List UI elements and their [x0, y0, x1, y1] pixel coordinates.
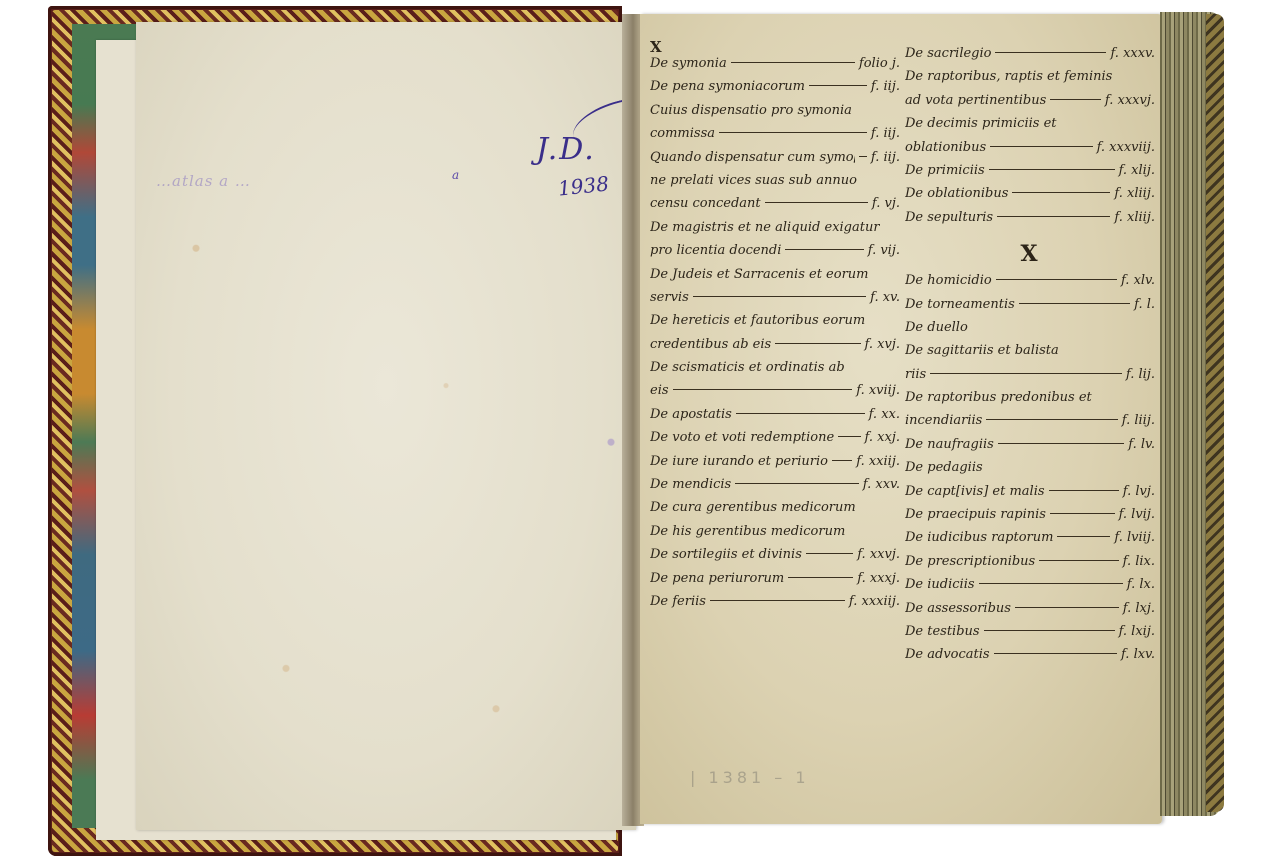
leader-line [930, 373, 1122, 374]
entry-title: De torneamentis [905, 297, 1015, 312]
index-entry: credentibus ab eis f. xvj. [650, 337, 900, 360]
entry-title: De oblationibus [905, 186, 1008, 201]
index-entry: De iudicibus raptorum f. lviij. [905, 530, 1155, 553]
index-entry: De sortilegiis et divinis f. xxvj. [650, 547, 900, 570]
back-board-edge [1206, 14, 1224, 812]
index-entry: De naufragiis f. lv. [905, 437, 1155, 460]
index-entries: De homicidio f. xlv. De torneamentis f. … [905, 273, 1155, 671]
left-flyleaf-page: …atlas a … a J.D. 1938 [136, 22, 636, 830]
entry-title: pro licentia docendi [650, 243, 781, 258]
index-entry: De testibus f. lxij. [905, 624, 1155, 647]
leader-line [996, 279, 1117, 280]
entry-title: De symonia [650, 56, 727, 71]
leader-line [785, 249, 863, 250]
index-entry: De praecipuis rapinis f. lvij. [905, 507, 1155, 530]
entry-title: De assessoribus [905, 601, 1011, 616]
folio-reference: f. lv. [1128, 437, 1155, 452]
leader-line [990, 146, 1092, 147]
entry-title: De hereticis et fautoribus eorum [650, 313, 865, 328]
index-entry: De scismaticis et ordinatis ab [650, 360, 900, 383]
entry-title: De voto et voti redemptione [650, 430, 834, 445]
entry-title: De apostatis [650, 407, 732, 422]
index-entry: Quando dispensatur cum symo[niaco] f. ii… [650, 150, 900, 173]
entry-title: eis [650, 383, 669, 398]
index-entry: De pedagiis [905, 460, 1155, 483]
leader-line [986, 419, 1117, 420]
folio-reference: f. xv. [870, 290, 900, 305]
index-entry: De feriis f. xxxiij. [650, 594, 900, 617]
folio-reference: folio j. [859, 56, 900, 71]
index-entry: De oblationibus f. xliij. [905, 186, 1155, 209]
index-entry: De voto et voti redemptione f. xxj. [650, 430, 900, 453]
entry-title: De pena symoniacorum [650, 79, 805, 94]
entry-title: oblationibus [905, 140, 986, 155]
index-entry: De advocatis f. lxv. [905, 647, 1155, 670]
leader-line [736, 413, 865, 414]
entry-title: servis [650, 290, 689, 305]
folio-reference: f. liij. [1122, 413, 1155, 428]
folio-reference: f. lviij. [1114, 530, 1155, 545]
index-entry: De decimis primiciis et [905, 116, 1155, 139]
folio-reference: f. xx. [869, 407, 900, 422]
folio-reference: f. xlv. [1121, 273, 1155, 288]
leader-line [788, 577, 853, 578]
index-entry: De symonia folio j. [650, 56, 900, 79]
leader-line [838, 436, 860, 437]
folio-reference: f. lxij. [1119, 624, 1155, 639]
entry-title: De raptoribus predonibus et [905, 390, 1092, 405]
entry-title: De raptoribus, raptis et feminis [905, 69, 1112, 84]
folio-reference: f. iij. [871, 150, 900, 165]
index-entry: De iure iurando et periurio f. xxiij. [650, 454, 900, 477]
leader-line [1057, 536, 1110, 537]
entry-title: commissa [650, 126, 715, 141]
index-entry: De pena symoniacorum f. iij. [650, 79, 900, 102]
entry-title: De iudiciis [905, 577, 975, 592]
entry-title: De iure iurando et periurio [650, 454, 828, 469]
leader-line [735, 483, 859, 484]
index-entry: De prescriptionibus f. lix. [905, 554, 1155, 577]
folio-reference: f. xxvj. [857, 547, 900, 562]
leader-line [806, 553, 853, 554]
index-entries: De symonia folio j. De pena symoniacorum… [650, 56, 900, 617]
index-entries: De sacrilegio f. xxxv. De raptoribus, ra… [905, 46, 1155, 233]
leader-line [693, 296, 866, 297]
entry-title: De naufragiis [905, 437, 994, 452]
leader-line [710, 600, 845, 601]
shelfmark: J.D. [536, 132, 596, 167]
folio-reference: f. vij. [868, 243, 900, 258]
leader-line [719, 132, 867, 133]
index-entry: De raptoribus predonibus et [905, 390, 1155, 413]
leader-line [859, 156, 867, 157]
folio-reference: f. xxv. [863, 477, 900, 492]
folio-reference: f. xxxviij. [1097, 140, 1155, 155]
folio-reference: f. iij. [871, 126, 900, 141]
leader-line [994, 653, 1117, 654]
folio-reference: f. xlij. [1119, 163, 1155, 178]
index-entry: De raptoribus, raptis et feminis [905, 69, 1155, 92]
index-entry: De duello [905, 320, 1155, 343]
entry-title: De homicidio [905, 273, 992, 288]
index-entry: De assessoribus f. lxj. [905, 601, 1155, 624]
folio-reference: f. xviij. [856, 383, 900, 398]
entry-title: Cuius dispensatio pro symonia [650, 103, 852, 118]
index-entry: pro licentia docendi f. vij. [650, 243, 900, 266]
index-entry: Cuius dispensatio pro symonia [650, 103, 900, 126]
leader-line [832, 460, 852, 461]
entry-title: De pedagiis [905, 460, 983, 475]
entry-title: De cura gerentibus medicorum [650, 500, 856, 515]
entry-title: riis [905, 367, 926, 382]
entry-title: De iudicibus raptorum [905, 530, 1053, 545]
faded-letter: a [452, 168, 459, 182]
entry-title: De advocatis [905, 647, 990, 662]
leader-line [1039, 560, 1118, 561]
entry-title: De testibus [905, 624, 980, 639]
index-entry: De sepulturis f. xliij. [905, 210, 1155, 233]
index-entry: De torneamentis f. l. [905, 297, 1155, 320]
leader-line [995, 52, 1106, 53]
entry-title: De Judeis et Sarracenis et eorum [650, 267, 869, 282]
leader-line [1049, 490, 1119, 491]
index-entry: commissa f. iij. [650, 126, 900, 149]
leader-line [1050, 99, 1101, 100]
index-entry: De homicidio f. xlv. [905, 273, 1155, 296]
section-mark: X [905, 237, 1155, 271]
folio-reference: f. xxiij. [856, 454, 900, 469]
index-column-right: De sacrilegio f. xxxv. De raptoribus, ra… [905, 46, 1155, 671]
folio-reference: f. xxxv. [1110, 46, 1155, 61]
entry-title: De magistris et ne aliquid exigatur [650, 220, 880, 235]
folio-reference: f. vj. [872, 196, 900, 211]
folio-reference: f. l. [1134, 297, 1155, 312]
folio-reference: f. lx. [1127, 577, 1155, 592]
pencil-footer-note: | 1381 – 1 [690, 768, 810, 787]
index-column-left: X De symonia folio j. De pena symoniacor… [650, 38, 900, 617]
index-entry: eis f. xviij. [650, 383, 900, 406]
index-entry: De pena periurorum f. xxxj. [650, 571, 900, 594]
leader-line [997, 216, 1110, 217]
index-entry: De apostatis f. xx. [650, 407, 900, 430]
entry-title: De decimis primiciis et [905, 116, 1057, 131]
index-entry: censu concedant f. vj. [650, 196, 900, 219]
index-entry: De cura gerentibus medicorum [650, 500, 900, 523]
entry-title: De mendicis [650, 477, 731, 492]
leader-line [1015, 607, 1119, 608]
folio-reference: f. xliij. [1114, 186, 1155, 201]
leader-line [809, 85, 867, 86]
index-entry: oblationibus f. xxxviij. [905, 140, 1155, 163]
entry-title: De sepulturis [905, 210, 993, 225]
index-entry: De iudiciis f. lx. [905, 577, 1155, 600]
index-entry: De magistris et ne aliquid exigatur [650, 220, 900, 243]
entry-title: De capt[ivis] et malis [905, 484, 1045, 499]
entry-title: De praecipuis rapinis [905, 507, 1046, 522]
shelfmark-year: 1938 [557, 171, 610, 200]
entry-title: De scismaticis et ordinatis ab [650, 360, 845, 375]
entry-title: ne prelati vices suas sub annuo [650, 173, 857, 188]
entry-title: ad vota pertinentibus [905, 93, 1046, 108]
index-entry: De his gerentibus medicorum [650, 524, 900, 547]
index-entry: De Judeis et Sarracenis et eorum [650, 267, 900, 290]
entry-title: De feriis [650, 594, 706, 609]
entry-title: De pena periurorum [650, 571, 784, 586]
leader-line [989, 169, 1115, 170]
leader-line [998, 443, 1124, 444]
leader-line [979, 583, 1123, 584]
entry-title: De primiciis [905, 163, 985, 178]
leader-line [731, 62, 855, 63]
folio-reference: f. lij. [1126, 367, 1155, 382]
index-entry: De sagittariis et balista [905, 343, 1155, 366]
entry-title: credentibus ab eis [650, 337, 771, 352]
entry-title: incendiariis [905, 413, 982, 428]
index-entry: De sacrilegio f. xxxv. [905, 46, 1155, 69]
entry-title: De prescriptionibus [905, 554, 1035, 569]
folio-reference: f. xxxvj. [1105, 93, 1155, 108]
index-entry: riis f. lij. [905, 367, 1155, 390]
entry-title: De his gerentibus medicorum [650, 524, 845, 539]
leader-line [1050, 513, 1115, 514]
leader-line [984, 630, 1115, 631]
index-entry: servis f. xv. [650, 290, 900, 313]
entry-title: De sacrilegio [905, 46, 991, 61]
faded-pencil-note: …atlas a … [156, 172, 251, 190]
entry-title: censu concedant [650, 196, 761, 211]
entry-title: Quando dispensatur cum symo[niaco] [650, 150, 855, 165]
folio-reference: f. lix. [1123, 554, 1155, 569]
index-entry: incendiariis f. liij. [905, 413, 1155, 436]
leader-line [1012, 192, 1110, 193]
entry-title: De duello [905, 320, 968, 335]
folio-reference: f. xxj. [865, 430, 900, 445]
leader-line [673, 389, 853, 390]
leader-line [1019, 303, 1130, 304]
folio-reference: f. iij. [871, 79, 900, 94]
index-entry: De capt[ivis] et malis f. lvj. [905, 484, 1155, 507]
folio-reference: f. lxv. [1121, 647, 1155, 662]
section-mark: X [650, 38, 900, 56]
folio-reference: f. lvj. [1123, 484, 1155, 499]
index-entry: De mendicis f. xxv. [650, 477, 900, 500]
index-entry: De primiciis f. xlij. [905, 163, 1155, 186]
folio-reference: f. xxxj. [857, 571, 900, 586]
folio-reference: f. xvj. [865, 337, 900, 352]
leader-line [765, 202, 868, 203]
entry-title: De sortilegiis et divinis [650, 547, 802, 562]
index-entry: De hereticis et fautoribus eorum [650, 313, 900, 336]
entry-title: De sagittariis et balista [905, 343, 1059, 358]
index-entry: ne prelati vices suas sub annuo [650, 173, 900, 196]
folio-reference: f. lxj. [1123, 601, 1155, 616]
folio-reference: f. xxxiij. [849, 594, 900, 609]
folio-reference: f. lvij. [1119, 507, 1155, 522]
index-entry: ad vota pertinentibus f. xxxvj. [905, 93, 1155, 116]
folio-reference: f. xliij. [1114, 210, 1155, 225]
leader-line [775, 343, 860, 344]
